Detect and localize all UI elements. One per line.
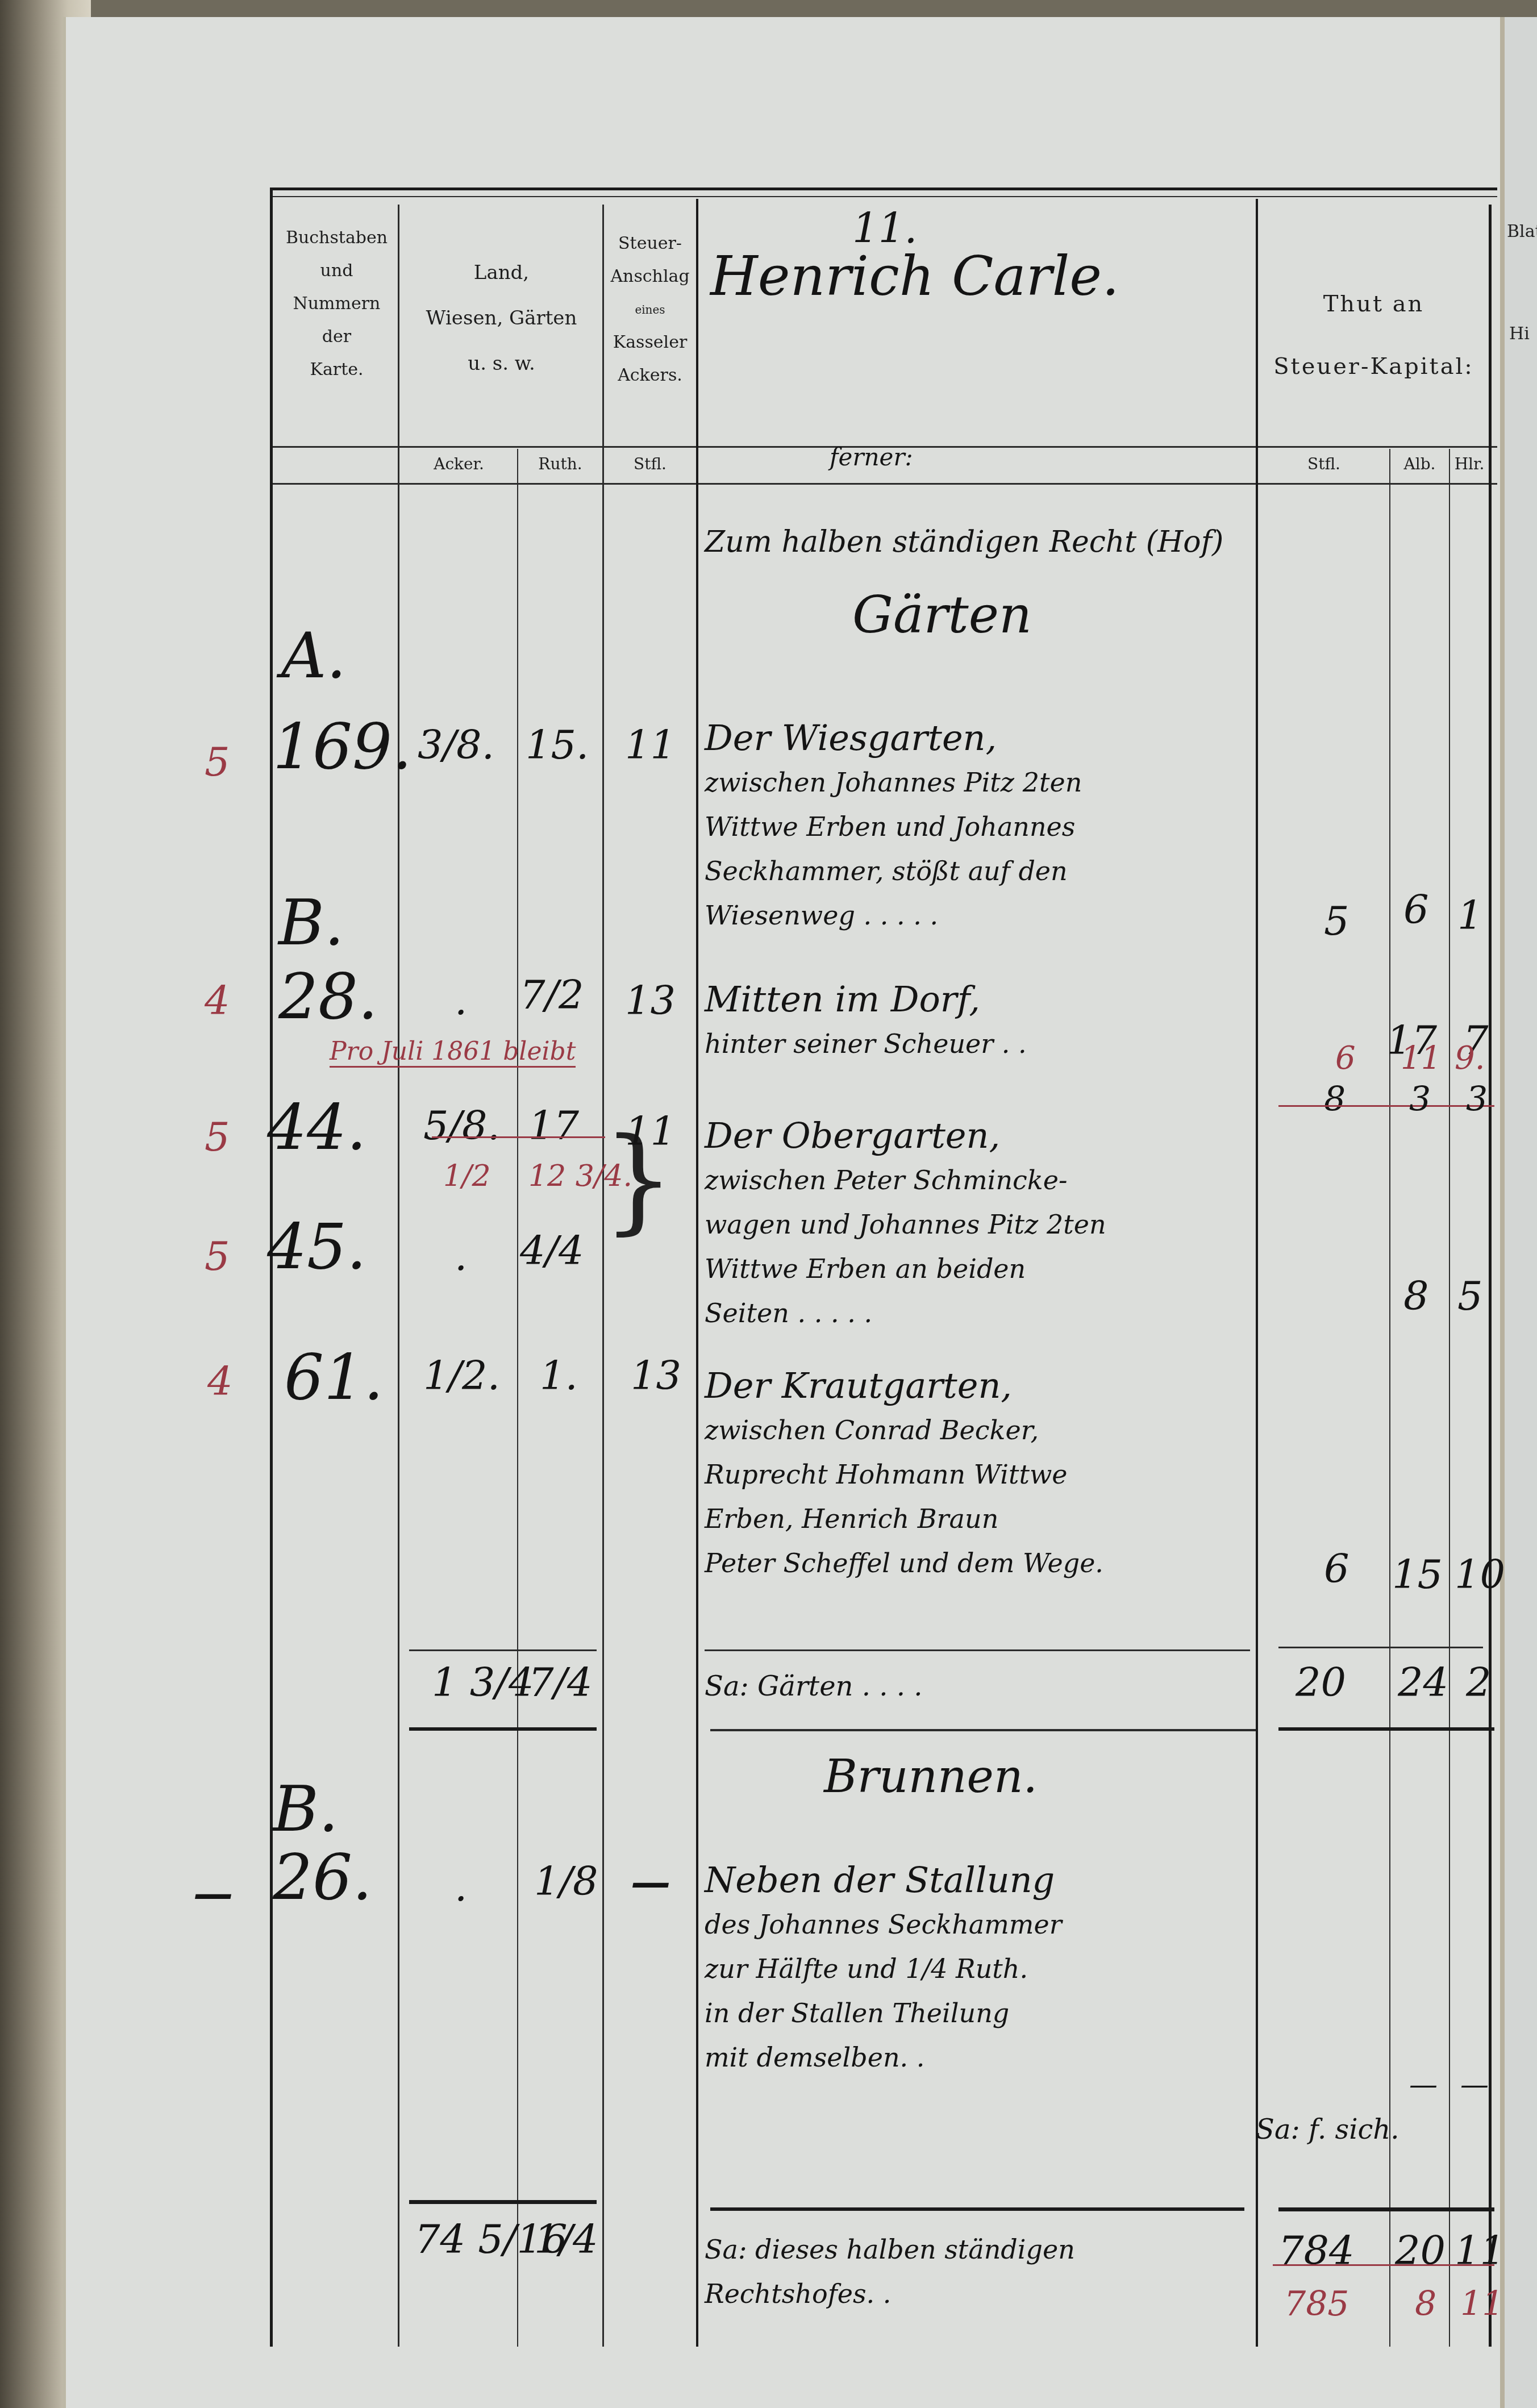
header-capital-line-2: Steuer-Kapital:	[1259, 335, 1489, 398]
area-acker: 5/8.	[423, 1102, 500, 1149]
unit-ruth: Ruth.	[518, 455, 602, 473]
description-line: Der Wiesgarten,	[705, 716, 1082, 760]
header-rate-line-1: Steuer-	[604, 227, 696, 260]
subtotal-rule-bottom	[1278, 1727, 1494, 1731]
total-label: Sa: dieses halben ständigen Rechtshofes.…	[705, 2227, 1075, 2316]
capital-stfl: 6	[1324, 1545, 1349, 1592]
unit-acker: Acker.	[401, 455, 517, 473]
parcel-number: 45.	[267, 1210, 366, 1283]
area-acker: .	[455, 977, 467, 1024]
subtotal-hlr: 2	[1466, 1659, 1492, 1706]
red-strikethrough	[1278, 1105, 1494, 1107]
red-annotation: Pro Juli 1861 bleibt	[330, 1037, 576, 1068]
col-rule-1	[398, 205, 399, 2347]
total-hlr: 11	[1455, 2227, 1505, 2274]
total-label-line: Sa: dieses halben ständigen	[705, 2227, 1075, 2272]
col-rule-7	[1449, 449, 1450, 2347]
red-strikethrough	[1273, 2264, 1494, 2266]
capital-stfl-corrected: 6	[1335, 1040, 1356, 1077]
total-stfl: 784	[1278, 2227, 1355, 2274]
margin-class: 5	[205, 1233, 230, 1280]
tax-rate: —	[631, 1858, 670, 1905]
col-rule-6	[1389, 449, 1390, 2347]
owner-name: Henrich Carle.	[710, 244, 1119, 308]
description-line: Wittwe Erben und Johannes	[705, 805, 1082, 849]
area-acker: 1/2.	[423, 1352, 500, 1399]
subtotal-rule-top	[409, 1649, 597, 1651]
parcel-description: Mitten im Dorf, hinter seiner Scheuer . …	[705, 977, 1027, 1066]
area-ruth: 17	[528, 1102, 579, 1149]
description-line: Ruprecht Hohmann Wittwe	[705, 1452, 1103, 1497]
col-rule-3	[602, 205, 604, 2347]
description-line: Erben, Henrich Braun	[705, 1497, 1103, 1541]
capital-alb: 8	[1403, 1273, 1429, 1319]
col-rule-5	[1256, 199, 1258, 2347]
description-line: Seckhammer, stößt auf den	[705, 849, 1082, 893]
capital-alb: —	[1409, 2068, 1438, 2101]
top-rule-inner	[270, 196, 1497, 197]
subtotal-rule-top	[1278, 1647, 1483, 1648]
header-rate-line-4: Kasseler	[604, 326, 696, 359]
header-area-line-1: Land,	[401, 250, 602, 295]
header-parcel-line-3: Nummern	[276, 288, 398, 320]
total-hlr-corrected: 11	[1460, 2284, 1503, 2324]
unit-capital-alb: Alb.	[1390, 455, 1449, 473]
parcel-description: Neben der Stallung des Johannes Seckhamm…	[705, 1858, 1062, 2080]
description-line: Der Obergarten,	[705, 1114, 1106, 1158]
next-page-header-1: Blatt	[1507, 222, 1537, 241]
description-line: zwischen Peter Schmincke-	[705, 1158, 1106, 1202]
tax-rate: 13	[625, 977, 676, 1024]
parcel-description: Der Wiesgarten, zwischen Johannes Pitz 2…	[705, 716, 1082, 938]
subtotal-label: Sa: Gärten . . . .	[705, 1670, 923, 1702]
units-divider	[270, 483, 1497, 485]
unit-capital-stfl: Stfl.	[1259, 455, 1389, 473]
unit-rate-stfl: Stfl.	[604, 455, 696, 473]
subtotal-alb: 24	[1398, 1659, 1448, 1706]
area-ruth: 15.	[526, 722, 589, 768]
capital-alb-corrected: 11	[1401, 1040, 1441, 1077]
subtotal-acker: 1 3/4	[432, 1659, 534, 1706]
header-parcel-column: Buchstaben und Nummern der Karte.	[276, 222, 398, 386]
section-wells-title: Brunnen.	[824, 1750, 1038, 1803]
subtotal-rule-bottom	[409, 1727, 597, 1731]
col-rule-4	[696, 199, 698, 2347]
area-ruth: 7/2	[520, 972, 584, 1018]
description-line: zur Hälfte und 1/4 Ruth.	[705, 1947, 1062, 1991]
area-ruth: 1.	[540, 1352, 578, 1399]
parcel-description: Der Krautgarten, zwischen Conrad Becker,…	[705, 1364, 1103, 1585]
header-parcel-line-5: Karte.	[276, 353, 398, 386]
area-ruth: 4/4	[520, 1227, 584, 1274]
unit-capital-hlr: Hlr.	[1450, 455, 1489, 473]
total-ruth: 1/4	[534, 2216, 598, 2263]
parcel-number: 28.	[278, 960, 378, 1033]
header-capital-line-1: Thut an	[1259, 273, 1489, 335]
parcel-number: 169.	[273, 710, 412, 783]
parcel-description: Der Obergarten, zwischen Peter Schmincke…	[705, 1114, 1106, 1335]
total-rule	[1278, 2207, 1494, 2211]
next-page-header-2: Hi	[1509, 324, 1530, 344]
red-strikethrough	[432, 1136, 605, 1138]
header-area-line-2: Wiesen, Gärten	[401, 295, 602, 341]
subtotal-ruth: 7/4	[528, 1659, 593, 1706]
total-stfl-corrected: 785	[1284, 2284, 1349, 2324]
parcel-number: 26.	[273, 1841, 372, 1914]
description-line: in der Stallen Theilung	[705, 1991, 1062, 2035]
description-line: wagen und Johannes Pitz 2ten	[705, 1202, 1106, 1247]
description-line: zwischen Johannes Pitz 2ten	[705, 760, 1082, 805]
description-line: des Johannes Seckhammer	[705, 1902, 1062, 1947]
owner-sub: ferner:	[830, 443, 913, 471]
margin-class: 5	[205, 1114, 230, 1160]
header-capital-column: Thut an Steuer-Kapital:	[1259, 273, 1489, 398]
description-line: Wittwe Erben an beiden	[705, 1247, 1106, 1291]
subtotal-rule-top	[705, 1649, 1250, 1651]
description-line: Seiten . . . . .	[705, 1291, 1106, 1335]
header-rate-line-2: Anschlag	[604, 260, 696, 293]
header-parcel-line-2: und	[276, 255, 398, 288]
header-area-line-3: u. s. w.	[401, 341, 602, 386]
capital-stfl: 8	[1324, 1080, 1346, 1119]
top-rule	[270, 188, 1497, 190]
description-line: mit demselben. .	[705, 2035, 1062, 2080]
parcel-letter: B.	[278, 886, 344, 959]
tax-rate: 13	[631, 1352, 681, 1399]
total-label-line: Rechtshofes. .	[705, 2272, 1075, 2316]
capital-hlr: 3	[1466, 1080, 1488, 1119]
area-acker-corrected: 1/2	[443, 1159, 491, 1193]
margin-class: 4	[207, 1358, 233, 1405]
capital-alb: 6	[1403, 886, 1429, 933]
description-line: zwischen Conrad Becker,	[705, 1408, 1103, 1452]
subtotal-stfl: 20	[1296, 1659, 1346, 1706]
capital-hlr: —	[1460, 2068, 1489, 2101]
margin-class: 5	[205, 739, 230, 785]
area-acker: 3/8.	[418, 722, 494, 768]
total-rule	[409, 2200, 597, 2204]
description-line: hinter seiner Scheuer . .	[705, 1022, 1027, 1066]
capital-hlr-corrected: 9.	[1455, 1040, 1485, 1077]
capital-stfl: 5	[1324, 898, 1349, 944]
description-line: Mitten im Dorf,	[705, 977, 1027, 1022]
description-line: Neben der Stallung	[705, 1858, 1062, 1902]
capital-note: Sa: f. sich.	[1256, 2114, 1399, 2145]
margin-class: —	[193, 1869, 233, 1917]
capital-hlr: 1	[1457, 892, 1483, 939]
description-line: Der Krautgarten,	[705, 1364, 1103, 1408]
parcel-letter: A.	[281, 619, 346, 692]
col-rule-2	[517, 449, 518, 2347]
header-rate-column: Steuer- Anschlag eines Kasseler Ackers.	[604, 227, 696, 392]
section-title: Zum halben ständigen Recht (Hof)	[705, 520, 1223, 564]
capital-hlr: 5	[1457, 1273, 1483, 1319]
parcel-number: 44.	[267, 1091, 366, 1164]
area-ruth: 1/8	[534, 1858, 598, 1905]
header-parcel-line-1: Buchstaben	[276, 222, 398, 255]
total-alb: 20	[1395, 2227, 1446, 2274]
next-page-edge: Blatt Hi	[1500, 17, 1537, 2408]
subtotal-rule-bottom	[710, 1729, 1256, 1731]
col-rule-8	[1489, 205, 1492, 2347]
margin-class: 4	[205, 977, 230, 1024]
description-line: Wiesenweg . . . . .	[705, 893, 1082, 938]
capital-alb: 15	[1392, 1551, 1443, 1598]
header-rate-line-5: Ackers.	[604, 359, 696, 392]
capital-hlr: 10	[1455, 1551, 1505, 1598]
area-acker: .	[455, 1864, 467, 1910]
area-acker: .	[455, 1233, 467, 1280]
capital-alb: 3	[1409, 1080, 1431, 1119]
tax-rate: 11	[625, 722, 676, 768]
description-line: Peter Scheffel und dem Wege.	[705, 1541, 1103, 1585]
parcel-letter: B.	[273, 1773, 339, 1845]
header-parcel-line-4: der	[276, 320, 398, 353]
header-rate-line-3: eines	[604, 293, 696, 326]
total-rule	[710, 2207, 1244, 2211]
parcel-number: 61.	[284, 1341, 384, 1414]
header-area-column: Land, Wiesen, Gärten u. s. w.	[401, 250, 602, 386]
total-alb-corrected: 8	[1415, 2284, 1436, 2324]
section-gardens-title: Gärten	[852, 585, 1032, 645]
tax-rate: 11	[625, 1108, 676, 1155]
